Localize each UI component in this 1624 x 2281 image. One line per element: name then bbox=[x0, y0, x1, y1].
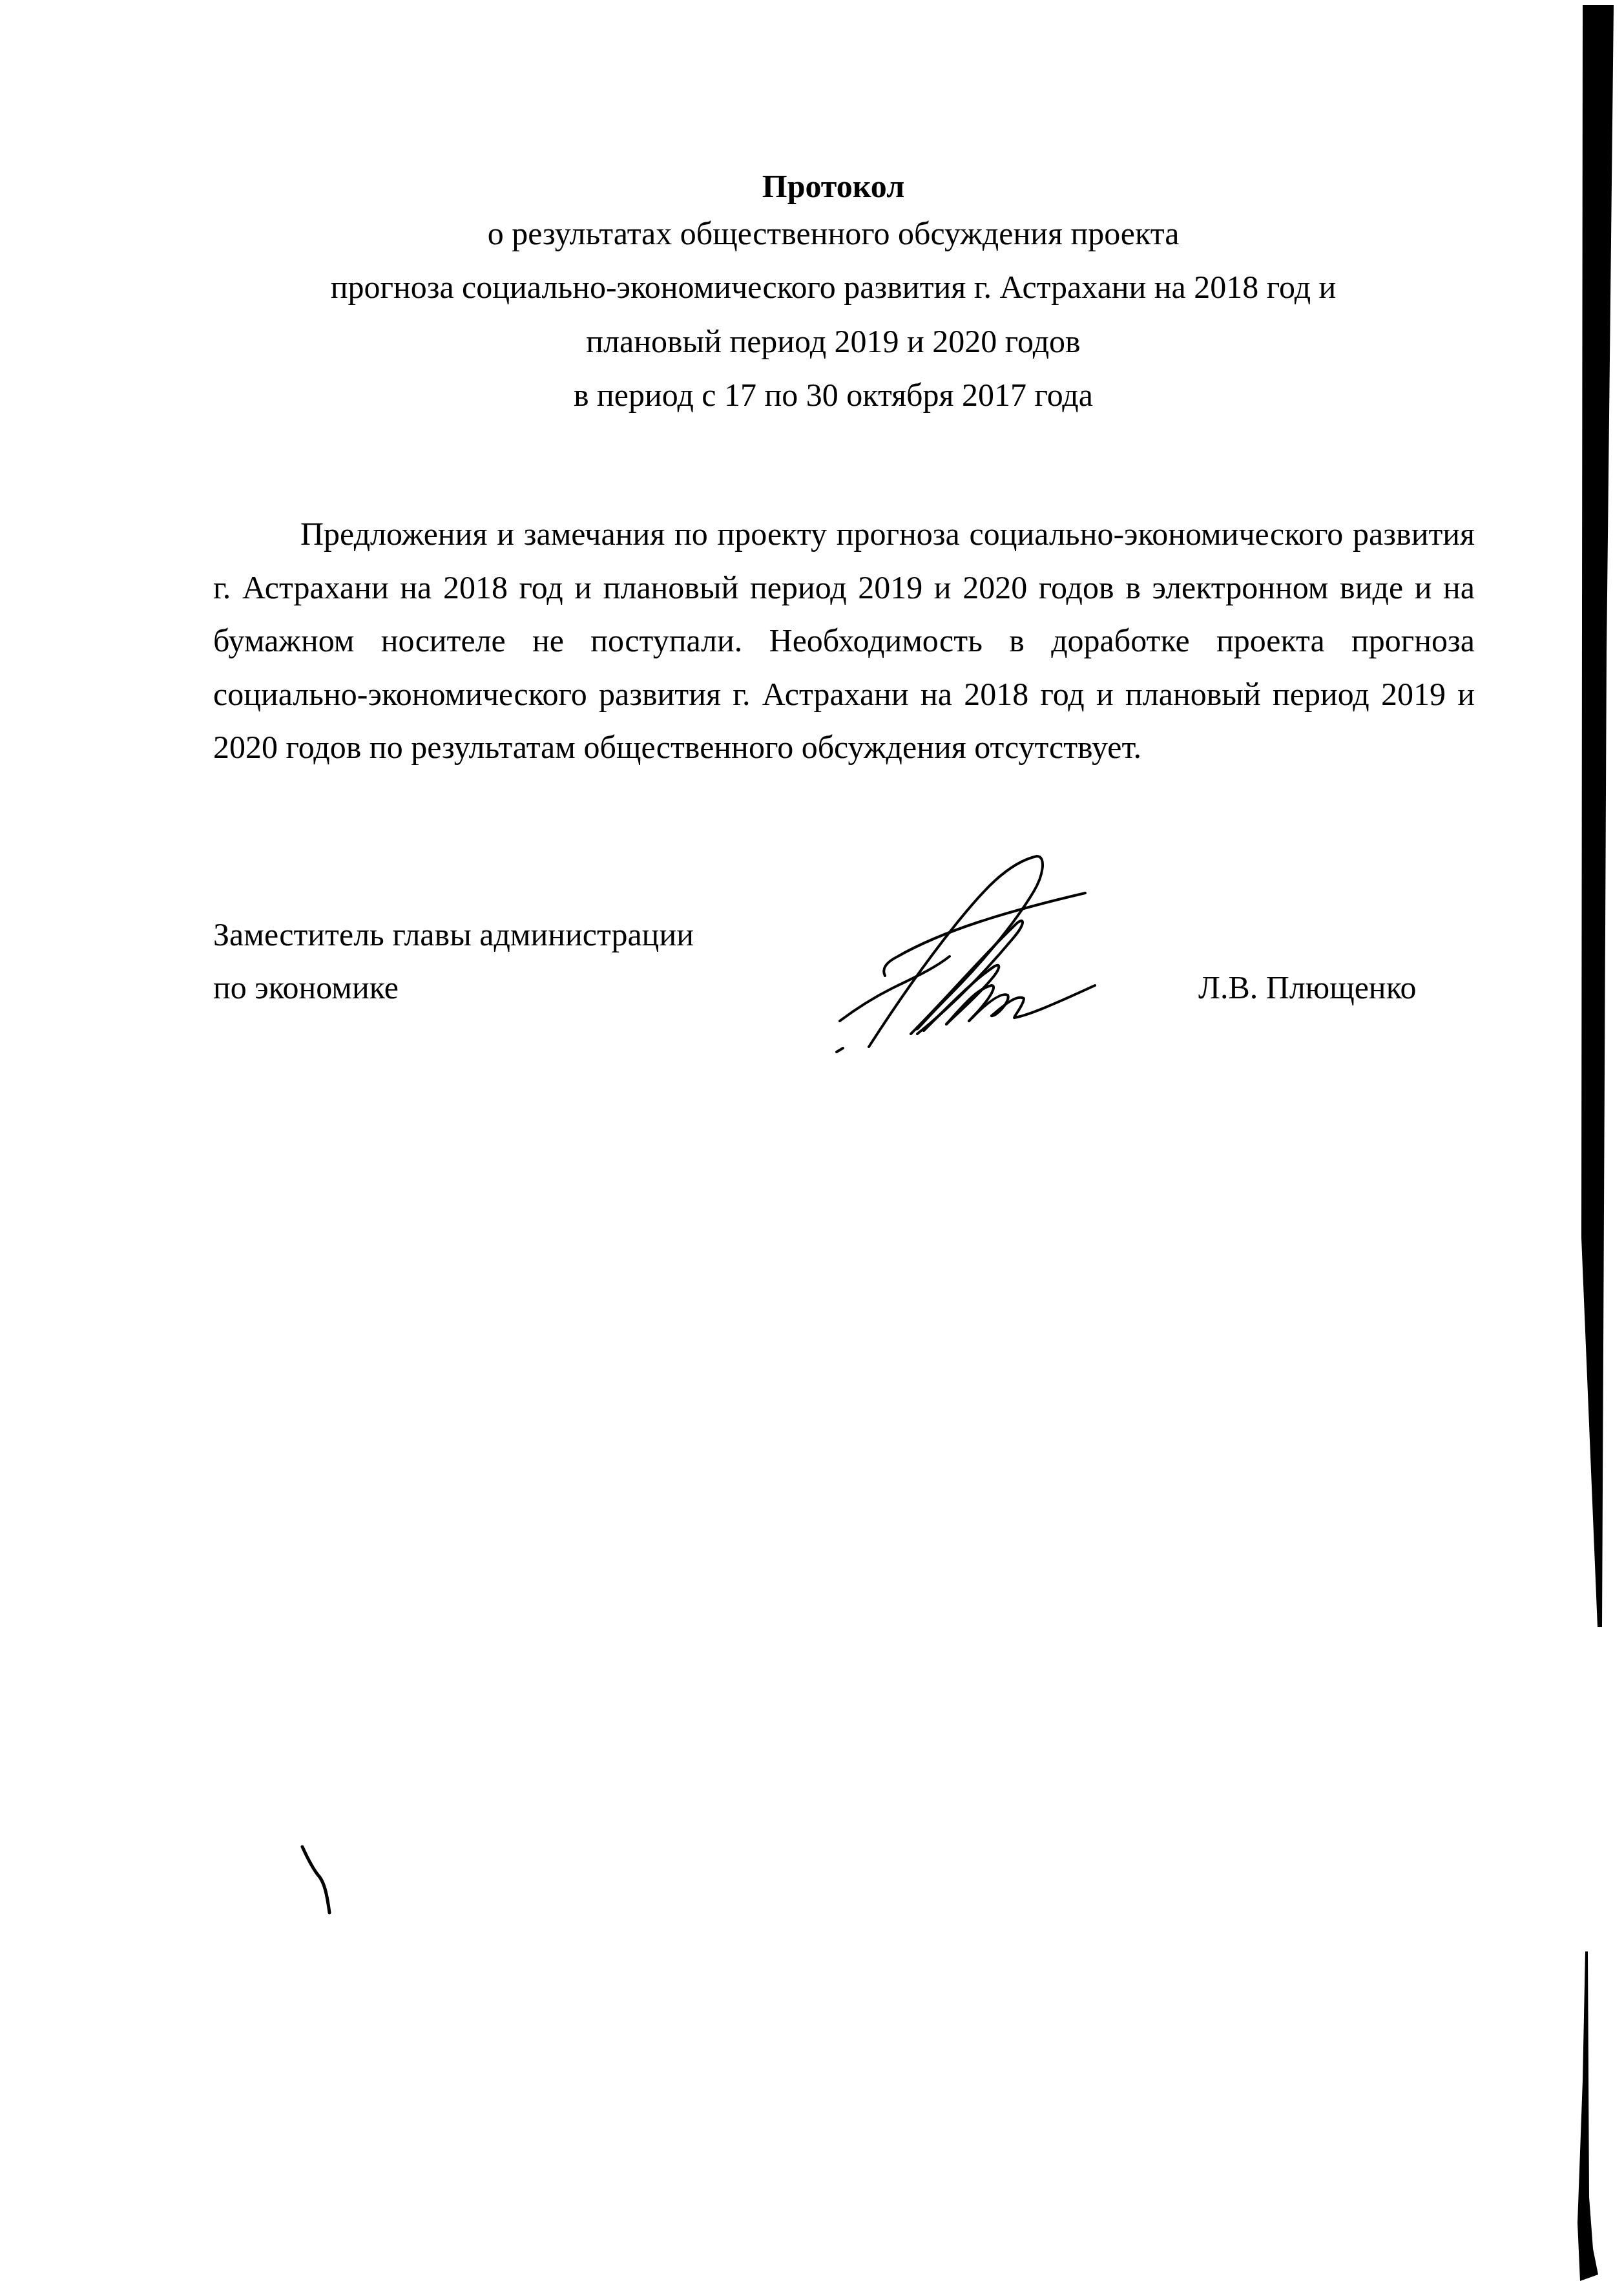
scan-edge-fragment bbox=[1574, 1951, 1599, 2281]
position-line-2: по экономике bbox=[213, 961, 694, 1014]
scan-edge-shadow bbox=[1581, 5, 1614, 1627]
subtitle-line-1: о результатах общественного обсуждения п… bbox=[194, 210, 1473, 257]
signature-icon bbox=[820, 846, 1098, 1060]
subtitle-line-3: плановый период 2019 и 2020 годов bbox=[194, 318, 1473, 364]
document-page: Протокол о результатах общественного обс… bbox=[0, 0, 1624, 2281]
document-title: Протокол bbox=[194, 163, 1473, 209]
subtitle-line-4: в период с 17 по 30 октября 2017 года bbox=[194, 372, 1473, 418]
stray-pen-mark bbox=[297, 1842, 342, 1919]
signatory-name: Л.В. Плющенко bbox=[1198, 961, 1416, 1014]
subtitle-line-2: прогноза социально-экономического развит… bbox=[194, 264, 1473, 310]
body-paragraph: Предложения и замечания по проекту прогн… bbox=[213, 507, 1475, 774]
position-line-1: Заместитель главы администрации bbox=[213, 908, 694, 961]
signatory-position: Заместитель главы администрации по эконо… bbox=[213, 908, 694, 1014]
